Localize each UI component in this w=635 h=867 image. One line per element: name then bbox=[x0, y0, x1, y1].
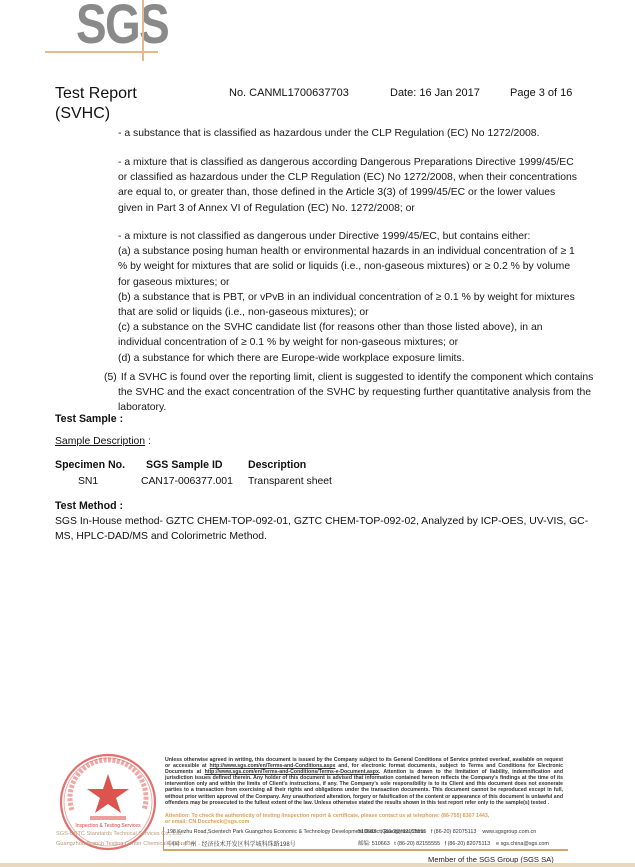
col-header-description: Description bbox=[248, 459, 306, 471]
col-header-sample-id: SGS Sample ID bbox=[146, 459, 223, 471]
test-method-heading: Test Method : bbox=[55, 500, 123, 512]
email-link[interactable]: e sgs.china@sgs.com bbox=[496, 841, 549, 847]
postcode-cn: 邮编: 510663 bbox=[358, 841, 390, 847]
p3-item-b: (b) a substance that is PBT, or vPvB in … bbox=[118, 290, 578, 320]
cell-specimen-no: SN1 bbox=[78, 476, 98, 487]
paragraph-unclassified-mixture: - a mixture is not classified as dangero… bbox=[118, 229, 578, 366]
report-date: Date: 16 Jan 2017 bbox=[390, 87, 480, 99]
page-indicator: Page 3 of 16 bbox=[510, 87, 572, 99]
address-chinese: 中国 · 广州 · 经济技术开发区科学城科珠路198号 bbox=[167, 839, 296, 848]
p3-item-c: (c) a substance on the SVHC candidate li… bbox=[118, 320, 578, 350]
phone-2: t (86-20) 82155555 bbox=[394, 841, 440, 847]
authenticity-notice: Attention: To check the authenticity of … bbox=[165, 813, 585, 826]
cell-description: Transparent sheet bbox=[248, 476, 332, 487]
postcode: 510663 bbox=[358, 829, 376, 835]
note-5: (5) If a SVHC is found over the reportin… bbox=[104, 370, 598, 416]
contact-line-1: 510663 t (86-20) 82155555 f (86-20) 8207… bbox=[358, 829, 536, 835]
terms-link[interactable]: http://www.sgs.com/en/Terms-and-Conditio… bbox=[209, 763, 335, 769]
sample-description-underlined: Sample Description bbox=[55, 436, 145, 447]
contact-line-2: 邮编: 510663 t (86-20) 82155555 f (86-20) … bbox=[358, 839, 549, 847]
legal-disclaimer: Unless otherwise agreed in writing, this… bbox=[165, 757, 563, 806]
fax: f (86-20) 82075113 bbox=[431, 829, 476, 835]
e-document-terms-link[interactable]: http://www.sgs.com/en/Terms-and-Conditio… bbox=[205, 769, 379, 775]
website-link[interactable]: www.sgsgroup.com.cn bbox=[482, 829, 536, 835]
col-header-specimen: Specimen No. bbox=[55, 459, 125, 471]
authenticity-email[interactable]: or email: CN.Doccheck@sgs.com bbox=[165, 819, 585, 825]
footer-rule bbox=[163, 849, 568, 851]
fax-2: f (86-20) 82075113 bbox=[445, 841, 490, 847]
paragraph-clp-substance: - a substance that is classified as haza… bbox=[118, 126, 578, 141]
sample-description-label: Sample Description : bbox=[55, 436, 151, 447]
p3-intro: - a mixture is not classified as dangero… bbox=[118, 229, 578, 244]
bottom-band bbox=[0, 863, 635, 867]
sample-description-colon: : bbox=[145, 436, 151, 447]
note-5-text: If a SVHC is found over the reporting li… bbox=[118, 372, 593, 413]
sgs-logo: SGS bbox=[76, 0, 168, 54]
disclaimer-part3: . Attention is drawn to the limitation o… bbox=[165, 769, 563, 805]
report-number: No. CANML1700637703 bbox=[229, 87, 349, 99]
p3-item-d: (d) a substance for which there are Euro… bbox=[118, 351, 578, 366]
report-title: Test Report bbox=[55, 84, 137, 104]
address-divider bbox=[163, 827, 164, 849]
cell-sample-id: CAN17-006377.001 bbox=[141, 476, 233, 487]
report-subtitle: (SVHC) bbox=[55, 104, 110, 124]
logo-vertical-rule bbox=[142, 0, 144, 61]
note-5-number: (5) bbox=[104, 370, 118, 385]
test-sample-heading: Test Sample : bbox=[55, 413, 123, 425]
p3-item-a: (a) a substance posing human health or e… bbox=[118, 244, 578, 290]
test-method-text: SGS In-House method- GZTC CHEM-TOP-092-0… bbox=[55, 514, 595, 544]
phone: t (86-20) 82155555 bbox=[381, 829, 427, 835]
paragraph-dangerous-mixture: - a mixture that is classified as danger… bbox=[118, 155, 578, 216]
